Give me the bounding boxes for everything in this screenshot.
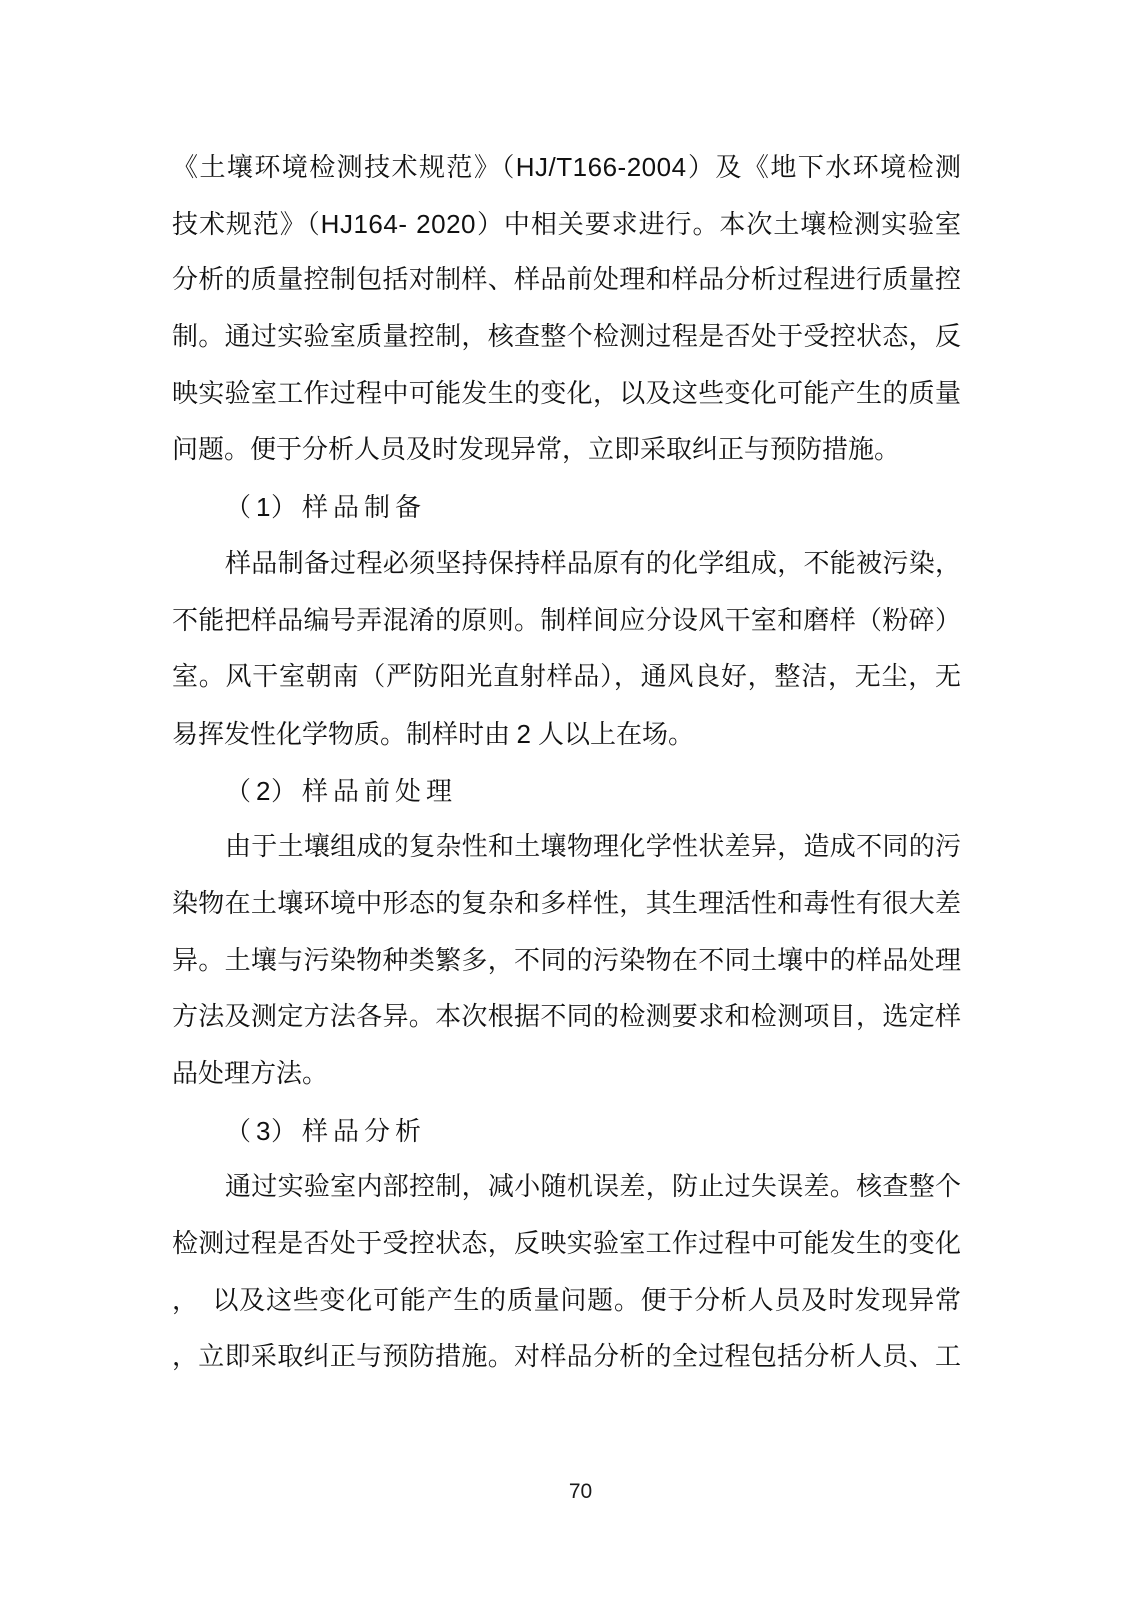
- cjk-run: ， 以及这些变化可能产生的质量问题。便于分析人员及时发现异常: [172, 1286, 961, 1315]
- cjk-run: ）及《地下水环境检测: [687, 153, 961, 182]
- latin-run: 3: [256, 1116, 271, 1146]
- cjk-run: ）样品制备: [271, 493, 426, 522]
- cjk-run: 异。土壤与污染物种类繁多，不同的污染物在不同土壤中的样品处理: [172, 946, 961, 975]
- cjk-run: 检测过程是否处于受控状态，反映实验室工作过程中可能发生的变化: [172, 1229, 961, 1258]
- document-page: 《土壤环境检测技术规范》（HJ/T166-2004）及《地下水环境检测技术规范》…: [0, 0, 1131, 1600]
- text-block: 《土壤环境检测技术规范》（HJ/T166-2004）及《地下水环境检测技术规范》…: [172, 139, 961, 1386]
- text-line: 由于土壤组成的复杂性和土壤物理化学性状差异，造成不同的污: [172, 819, 961, 876]
- cjk-run: 映实验室工作过程中可能发生的变化，以及这些变化可能产生的质量: [172, 379, 961, 408]
- cjk-run: 不能把样品编号弄混淆的原则。制样间应分设风干室和磨样（粉碎）: [172, 606, 961, 635]
- text-line: 染物在土壤环境中形态的复杂和多样性，其生理活性和毒性有很大差: [172, 876, 961, 933]
- cjk-run: 室。风干室朝南（严防阳光直射样品），通风良好，整洁，无尘，无: [172, 662, 961, 691]
- cjk-run: 易挥发性化学物质。制样时由: [172, 720, 517, 749]
- cjk-run: 品处理方法。: [172, 1059, 328, 1088]
- page-number: 70: [15, 1480, 1131, 1504]
- text-line: 问题。便于分析人员及时发现异常，立即采取纠正与预防措施。: [172, 422, 961, 479]
- latin-run: 2: [517, 719, 532, 749]
- text-line: 室。风干室朝南（严防阳光直射样品），通风良好，整洁，无尘，无: [172, 649, 961, 706]
- text-line: 方法及测定方法各异。本次根据不同的检测要求和检测项目，选定样: [172, 989, 961, 1046]
- cjk-run: 染物在土壤环境中形态的复杂和多样性，其生理活性和毒性有很大差: [172, 889, 961, 918]
- text-line: 不能把样品编号弄混淆的原则。制样间应分设风干室和磨样（粉碎）: [172, 593, 961, 650]
- text-line: 制。通过实验室质量控制，核查整个检测过程是否处于受控状态，反: [172, 309, 961, 366]
- text-line: 分析的质量控制包括对制样、样品前处理和样品分析过程进行质量控: [172, 252, 961, 309]
- text-line: ， 以及这些变化可能产生的质量问题。便于分析人员及时发现异常: [172, 1273, 961, 1330]
- cjk-run: 《土壤环境检测技术规范》（: [172, 153, 516, 182]
- cjk-run: ）中相关要求进行。本次土壤检测实验室: [476, 210, 961, 239]
- cjk-run: （: [225, 493, 256, 522]
- cjk-run: ）样品前处理: [271, 777, 457, 806]
- latin-run: 2: [256, 776, 271, 806]
- cjk-run: 方法及测定方法各异。本次根据不同的检测要求和检测项目，选定样: [172, 1002, 961, 1031]
- section-heading: （3）样品分析: [172, 1103, 961, 1160]
- cjk-run: ，立即采取纠正与预防措施。对样品分析的全过程包括分析人员、工: [172, 1342, 961, 1371]
- text-line: 通过实验室内部控制，减小随机误差，防止过失误差。核查整个: [172, 1159, 961, 1216]
- cjk-run: 人以上在场。: [531, 720, 694, 749]
- cjk-run: （: [225, 1117, 256, 1146]
- text-line: ，立即采取纠正与预防措施。对样品分析的全过程包括分析人员、工: [172, 1329, 961, 1386]
- cjk-run: 样品制备过程必须坚持保持样品原有的化学组成，不能被污染，: [225, 549, 961, 578]
- cjk-run: 通过实验室内部控制，减小随机误差，防止过失误差。核查整个: [225, 1172, 961, 1201]
- cjk-run: ）样品分析: [271, 1117, 426, 1146]
- text-line: 异。土壤与污染物种类繁多，不同的污染物在不同土壤中的样品处理: [172, 933, 961, 990]
- cjk-run: 由于土壤组成的复杂性和土壤物理化学性状差异，造成不同的污: [225, 832, 961, 861]
- cjk-run: 问题。便于分析人员及时发现异常，立即采取纠正与预防措施。: [172, 435, 900, 464]
- cjk-run: 制。通过实验室质量控制，核查整个检测过程是否处于受控状态，反: [172, 322, 961, 351]
- section-heading: （2）样品前处理: [172, 763, 961, 820]
- cjk-run: 分析的质量控制包括对制样、样品前处理和样品分析过程进行质量控: [172, 265, 961, 294]
- latin-run: HJ/T166-2004: [516, 152, 687, 182]
- section-heading: （1）样品制备: [172, 479, 961, 536]
- text-line: 易挥发性化学物质。制样时由 2 人以上在场。: [172, 706, 961, 763]
- cjk-run: 技术规范》（: [172, 210, 321, 239]
- text-line: 检测过程是否处于受控状态，反映实验室工作过程中可能发生的变化: [172, 1216, 961, 1273]
- cjk-run: （: [225, 777, 256, 806]
- text-line: 《土壤环境检测技术规范》（HJ/T166-2004）及《地下水环境检测: [172, 139, 961, 196]
- text-line: 技术规范》（HJ164- 2020）中相关要求进行。本次土壤检测实验室: [172, 196, 961, 253]
- text-line: 映实验室工作过程中可能发生的变化，以及这些变化可能产生的质量: [172, 366, 961, 423]
- latin-run: 1: [256, 492, 271, 522]
- latin-run: HJ164- 2020: [321, 209, 476, 239]
- text-line: 品处理方法。: [172, 1046, 961, 1103]
- text-line: 样品制备过程必须坚持保持样品原有的化学组成，不能被污染，: [172, 536, 961, 593]
